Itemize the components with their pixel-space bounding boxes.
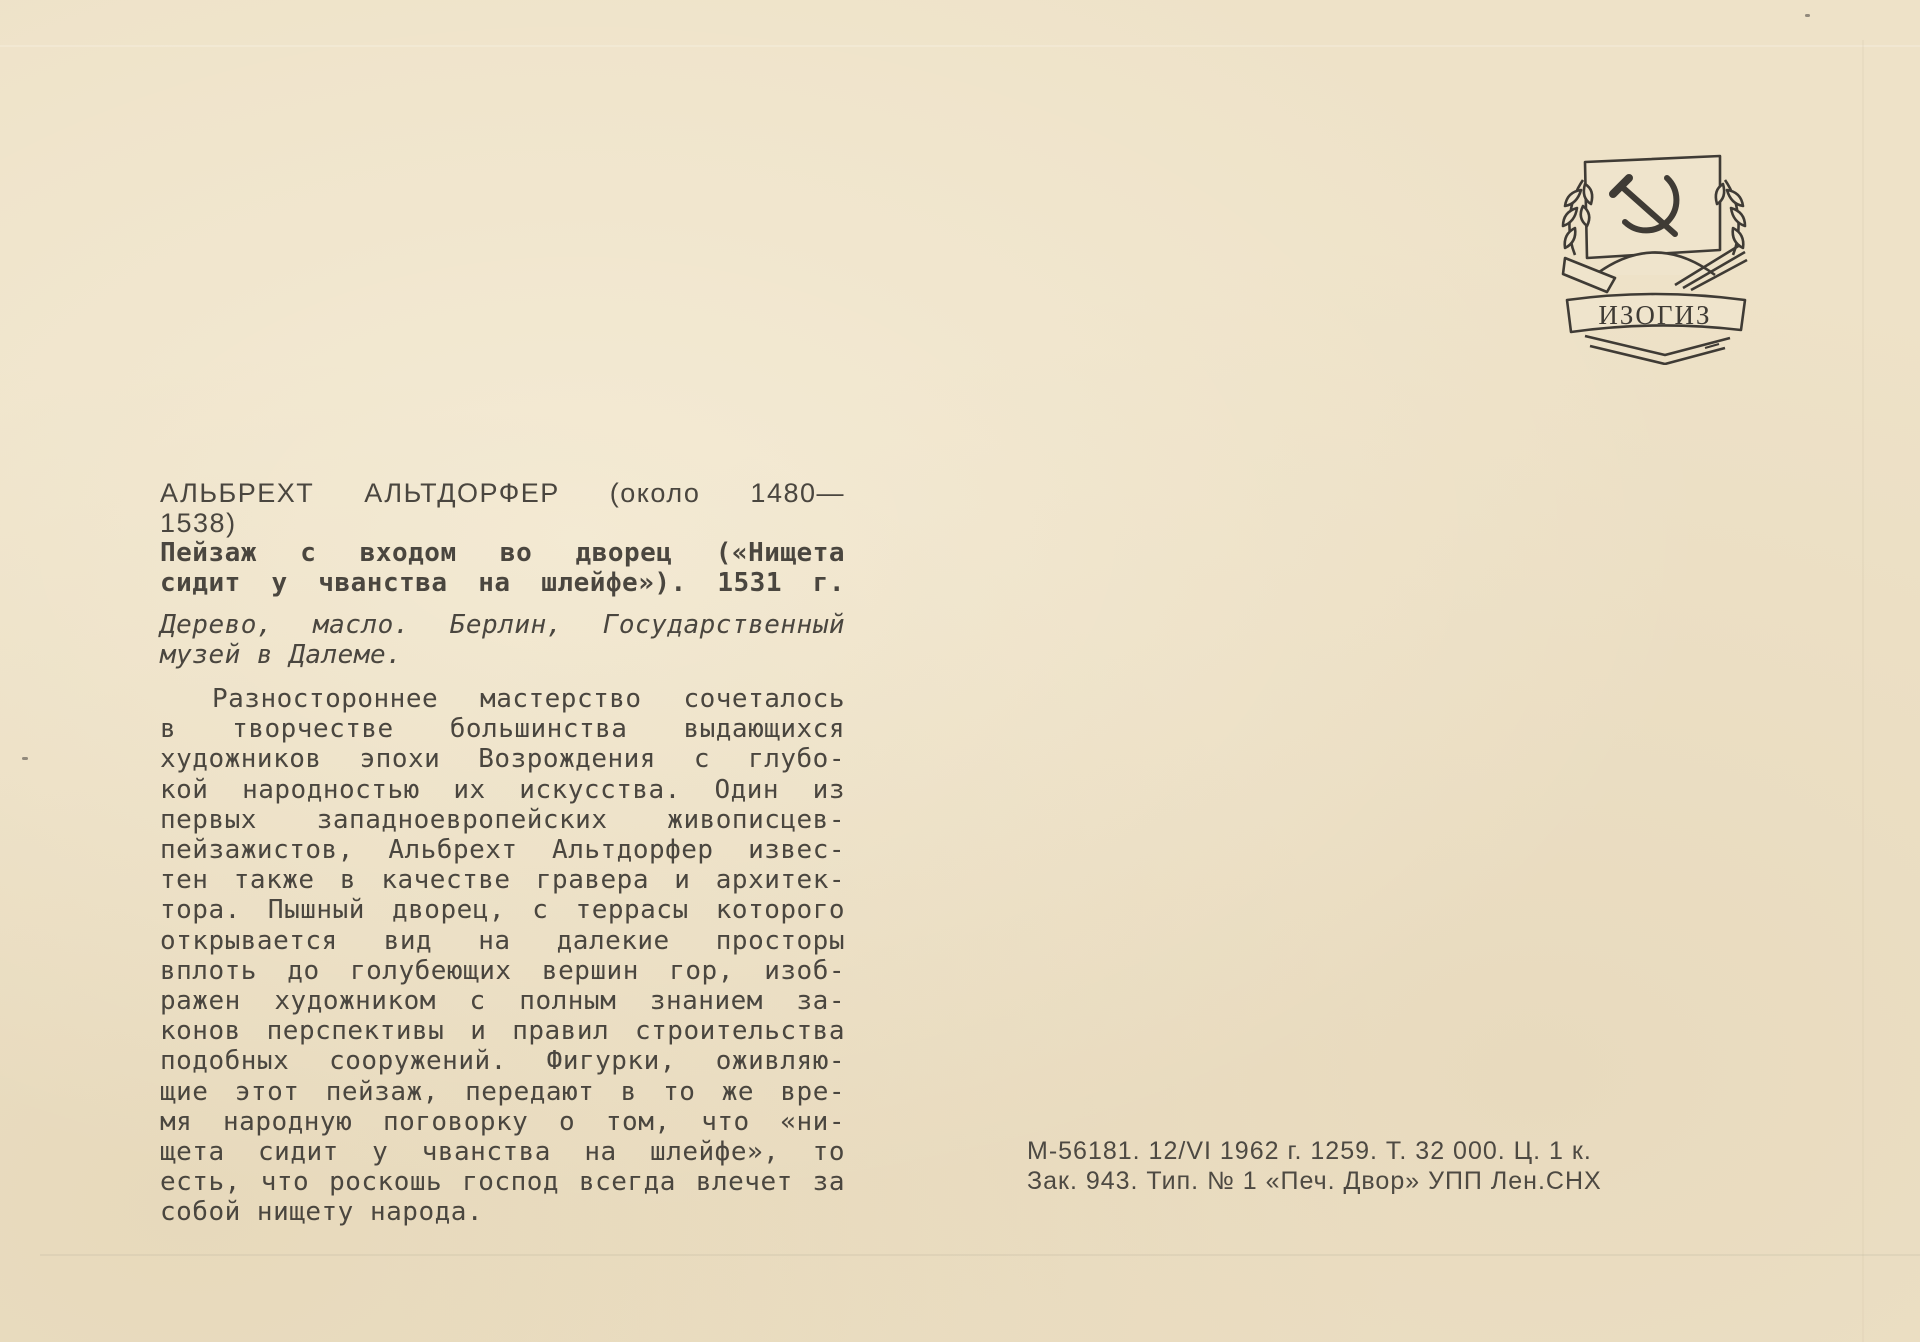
artwork-title: Пейзаж с входом во дворец («Нищета сидит…	[160, 538, 845, 598]
title-line: сидит у чванства на шлейфе»). 1531 г.	[160, 568, 845, 598]
body-line: мя народную поговорку о том, что «ни-	[160, 1107, 845, 1137]
description-text: Разностороннее мастерство сочеталось в т…	[160, 684, 845, 1228]
body-line: конов перспективы и правил строительства	[160, 1016, 845, 1046]
body-line: вплоть до голубеющих вершин гор, изоб-	[160, 956, 845, 986]
body-line: открывается вид на далекие просторы	[160, 926, 845, 956]
artwork-medium-location: Дерево, масло. Берлин, Государственный м…	[160, 610, 845, 670]
body-line: есть, что роскошь господ всегда влечет з…	[160, 1167, 845, 1197]
artist-line: 1538)	[160, 508, 845, 538]
paper-fold-line	[1862, 40, 1864, 1342]
print-imprint: М-56181. 12/VI 1962 г. 1259. Т. 32 000. …	[1027, 1136, 1602, 1196]
body-line: подобных сооружений. Фигурки, оживляю-	[160, 1046, 845, 1076]
medium-line: музей в Далеме.	[160, 640, 845, 670]
medium-line: Дерево, масло. Берлин, Государственный	[160, 610, 845, 640]
body-line: в творчестве большинства выдающихся	[160, 714, 845, 744]
paper-fold-line	[0, 45, 1920, 47]
body-line: художников эпохи Возрождения с глубо-	[160, 744, 845, 774]
body-line: Разностороннее мастерство сочеталось	[160, 684, 845, 714]
body-line: ражен художником с полным знанием за-	[160, 986, 845, 1016]
imprint-line-1: М-56181. 12/VI 1962 г. 1259. Т. 32 000. …	[1027, 1136, 1602, 1166]
izogiz-emblem-icon: ИЗОГИЗ	[1555, 150, 1755, 365]
body-line: кой народностью их искусства. Один из	[160, 775, 845, 805]
title-line: Пейзаж с входом во дворец («Нищета	[160, 538, 845, 568]
body-line: пейзажистов, Альбрехт Альтдорфер извес-	[160, 835, 845, 865]
paper-fold-line	[40, 1254, 1920, 1256]
imprint-line-2: Зак. 943. Тип. № 1 «Печ. Двор» УПП Лен.С…	[1027, 1166, 1602, 1196]
body-line: щета сидит у чванства на шлейфе», то	[160, 1137, 845, 1167]
artist-heading: АЛЬБРЕХТ АЛЬТДОРФЕР (около 1480— 1538)	[160, 478, 845, 538]
artwork-caption: АЛЬБРЕХТ АЛЬТДОРФЕР (около 1480— 1538) П…	[160, 478, 845, 1228]
paper-speck	[22, 757, 28, 760]
body-line: тора. Пышный дворец, с террасы которого	[160, 895, 845, 925]
body-line: тен также в качестве гравера и архитек-	[160, 865, 845, 895]
logo-banner-text: ИЗОГИЗ	[1598, 300, 1711, 330]
body-line: щие этот пейзаж, передают в то же вре-	[160, 1077, 845, 1107]
artist-line: АЛЬБРЕХТ АЛЬТДОРФЕР (около 1480—	[160, 478, 845, 508]
paper-speck	[1805, 14, 1810, 17]
body-line: собой нищету народа.	[160, 1197, 845, 1227]
body-line: первых западноевропейских живописцев-	[160, 805, 845, 835]
